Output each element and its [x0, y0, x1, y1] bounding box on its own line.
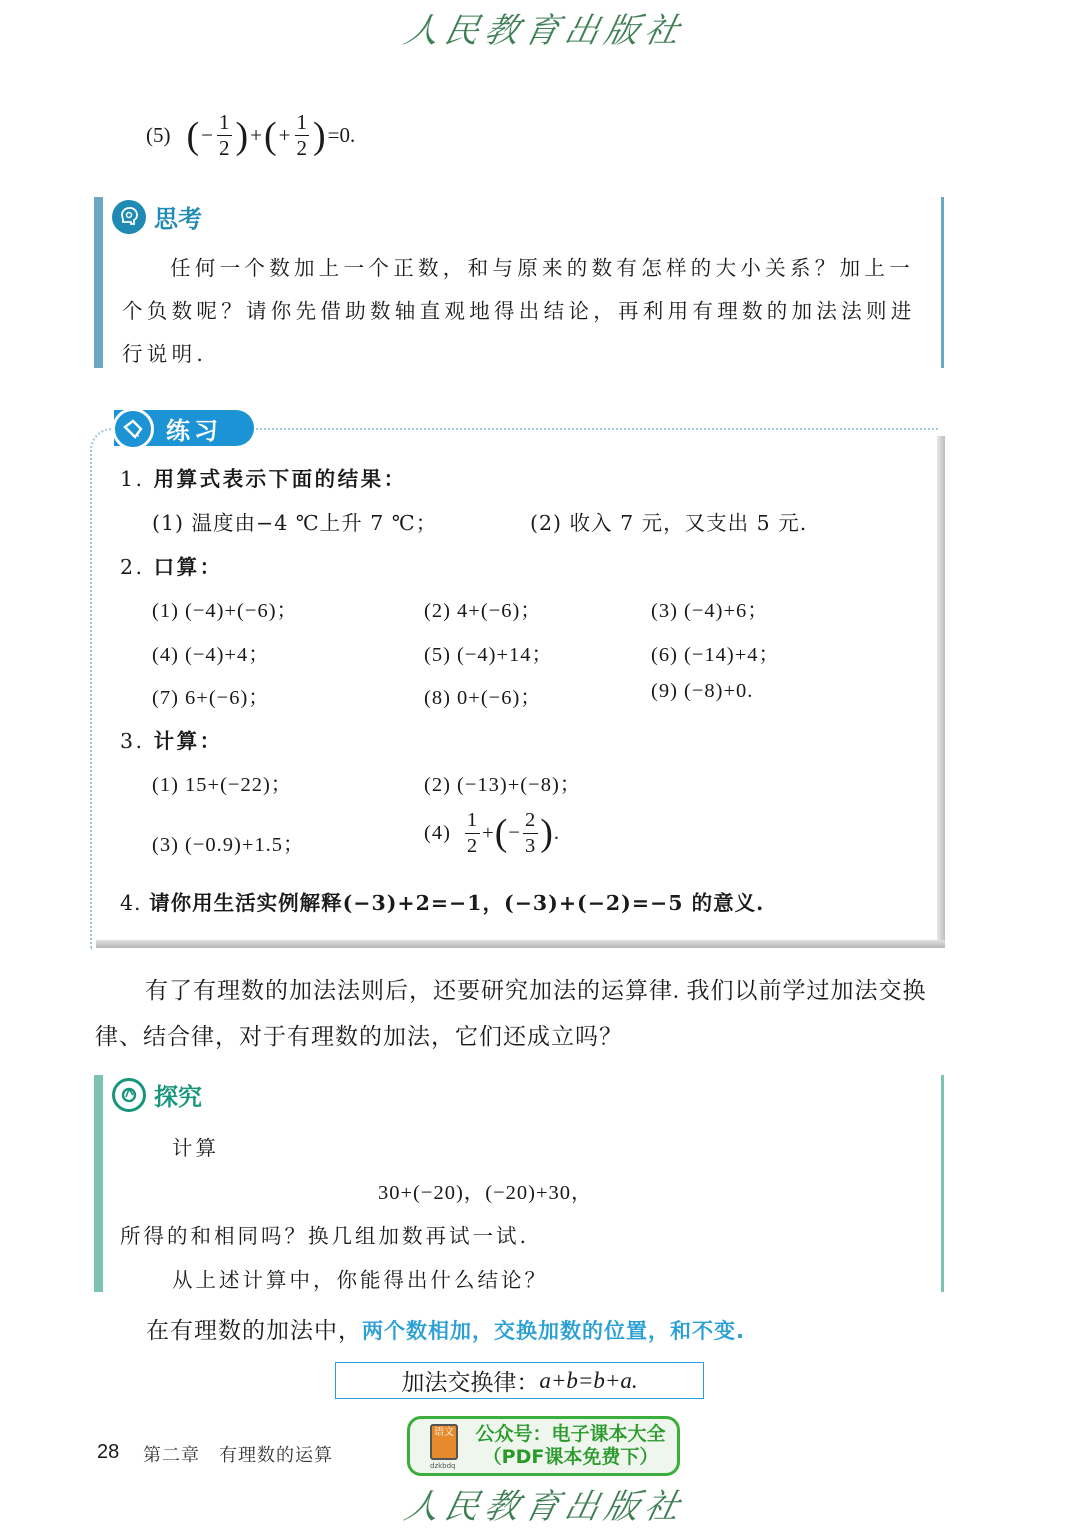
q4-number: 4. — [120, 891, 142, 915]
think-box-text: 任何一个数加上一个正数，和与原来的数有怎样的大小关系？加上一个负数呢？请你先借助… — [122, 247, 922, 376]
q4-text: 请你用生活实例解释(−3)+2=−1，(−3)+(−2)=−5 的意义. — [149, 891, 764, 915]
q1-text: 用算式表示下面的结果： — [154, 467, 407, 491]
commutative-law-box: 加法交换律： a+b=b+a. — [335, 1362, 704, 1399]
fraction-one-half: 1 2 — [295, 112, 310, 159]
ebook-icon-label: 语文 — [430, 1424, 458, 1460]
law-label: 加法交换律： — [401, 1364, 539, 1397]
practice-q2: 2. 口算： — [120, 550, 223, 580]
q1-item-2: (2) 收入 7 元，又支出 5 元. — [530, 506, 807, 536]
denominator: 2 — [467, 834, 478, 857]
practice-title: 练习 — [166, 411, 222, 446]
minus-sign: − — [201, 123, 213, 148]
numerator: 1 — [465, 810, 480, 834]
explore-box-right-bar — [941, 1075, 944, 1292]
fraction-two-thirds: 2 3 — [523, 810, 538, 856]
period: . — [554, 822, 560, 845]
ad-badge-line-1: 公众号：电子课本大全 — [464, 1423, 677, 1446]
fraction-one-half: 1 2 — [465, 810, 480, 856]
practice-shadow-right — [937, 436, 945, 948]
q2-item-3: (3) (−4)+6； — [651, 593, 769, 623]
think-box-left-bar — [94, 197, 103, 368]
q3-item-3: (3) (−0.9)+1.5； — [152, 827, 305, 857]
lightbulb-head-icon — [112, 200, 146, 234]
q3-item-1: (1) 15+(−22)； — [152, 767, 292, 797]
explore-line-1: 计算 — [172, 1131, 219, 1161]
law-formula: a+b=b+a. — [539, 1368, 637, 1394]
q2-item-5: (5) (−4)+14； — [424, 637, 553, 667]
pencil-icon — [112, 408, 154, 450]
commutative-rule: 在有理数的加法中，两个数相加，交换加数的位置，和不变. — [146, 1312, 745, 1345]
q3-text: 计算： — [154, 729, 223, 753]
ad-badge[interactable]: 语文 dzkbdq 公众号：电子课本大全 （PDF课本免费下） — [407, 1416, 680, 1476]
explore-box-left-bar — [94, 1075, 103, 1292]
page-number: 28 — [97, 1441, 119, 1464]
q1-number: 1. — [120, 467, 145, 491]
ebook-icon-tag: dzkbdq — [430, 1462, 456, 1470]
q2-item-2: (2) 4+(−6)； — [424, 593, 542, 623]
plus-sign: + — [482, 822, 495, 845]
equals-zero: =0. — [328, 123, 356, 148]
think-box-right-bar — [941, 197, 944, 368]
numerator: 2 — [523, 810, 538, 834]
minus-sign: − — [508, 822, 521, 845]
denominator: 2 — [219, 136, 230, 159]
ebook-icon: 语文 dzkbdq — [424, 1422, 464, 1470]
example-equation-5: (5) ( − 1 2 ) + ( + 1 2 ) =0. — [146, 112, 355, 159]
q2-text: 口算： — [154, 555, 223, 579]
q1-item-1: (1) 温度由−4 ℃上升 7 ℃； — [152, 506, 437, 536]
plus-sign: + — [250, 123, 262, 148]
explore-box-header: 探究 — [112, 1077, 202, 1112]
practice-q4: 4. 请你用生活实例解释(−3)+2=−1，(−3)+(−2)=−5 的意义. — [120, 886, 764, 916]
q2-item-1: (1) (−4)+(−6)； — [152, 593, 298, 623]
paren-close: ) — [236, 117, 249, 155]
explore-line-4: 从上述计算中，你能得出什么结论？ — [172, 1263, 548, 1293]
paren-open: ( — [264, 117, 277, 155]
q3-item-4-label: (4) — [424, 822, 451, 845]
explore-box-title: 探究 — [154, 1077, 202, 1112]
rule-prefix: 在有理数的加法中， — [146, 1318, 362, 1343]
q3-number: 3. — [120, 729, 145, 753]
q2-item-9: (9) (−8)+0. — [651, 680, 753, 703]
publisher-logo-top: 人民教育出版社 — [390, 6, 701, 56]
q2-item-4: (4) (−4)+4； — [152, 637, 270, 667]
practice-q3: 3. 计算： — [120, 724, 223, 754]
q2-item-8: (8) 0+(−6)； — [424, 680, 542, 710]
denominator: 2 — [297, 136, 308, 159]
plus-sign: + — [279, 123, 291, 148]
numerator: 1 — [217, 112, 232, 136]
intro-paragraph: 有了有理数的加法法则后，还要研究加法的运算律. 我们以前学过加法交换律、结合律，… — [95, 968, 950, 1060]
explore-line-3: 所得的和相同吗？换几组加数再试一试. — [120, 1219, 529, 1249]
ad-badge-line-2: （PDF课本免费下） — [464, 1446, 677, 1469]
think-box-title: 思考 — [154, 199, 202, 234]
magnifier-icon — [112, 1078, 146, 1112]
paren-open: ( — [187, 117, 200, 155]
denominator: 3 — [525, 834, 536, 857]
paren-close: ) — [540, 814, 554, 852]
q3-item-4: (4) 1 2 + ( − 2 3 ) . — [424, 810, 560, 856]
q3-item-2: (2) (−13)+(−8)； — [424, 767, 581, 797]
q2-number: 2. — [120, 555, 145, 579]
chapter-title: 第二章 有理数的运算 — [143, 1441, 333, 1467]
think-box-header: 思考 — [112, 199, 202, 234]
ad-badge-text: 公众号：电子课本大全 （PDF课本免费下） — [464, 1423, 677, 1469]
numerator: 1 — [295, 112, 310, 136]
paren-close: ) — [313, 117, 326, 155]
practice-shadow-bottom — [96, 940, 945, 948]
practice-q1: 1. 用算式表示下面的结果： — [120, 462, 407, 492]
fraction-one-half: 1 2 — [217, 112, 232, 159]
explore-line-2: 30+(−20)，(−20)+30， — [378, 1175, 593, 1205]
think-box: 思考 任何一个数加上一个正数，和与原来的数有怎样的大小关系？加上一个负数呢？请你… — [94, 197, 944, 368]
rule-highlight: 两个数相加，交换加数的位置，和不变. — [362, 1319, 745, 1343]
equation-label: (5) — [146, 123, 171, 148]
q2-item-7: (7) 6+(−6)； — [152, 680, 270, 710]
q2-item-6: (6) (−14)+4； — [651, 637, 780, 667]
paren-open: ( — [495, 814, 509, 852]
publisher-logo-bottom: 人民教育出版社 — [390, 1482, 701, 1532]
